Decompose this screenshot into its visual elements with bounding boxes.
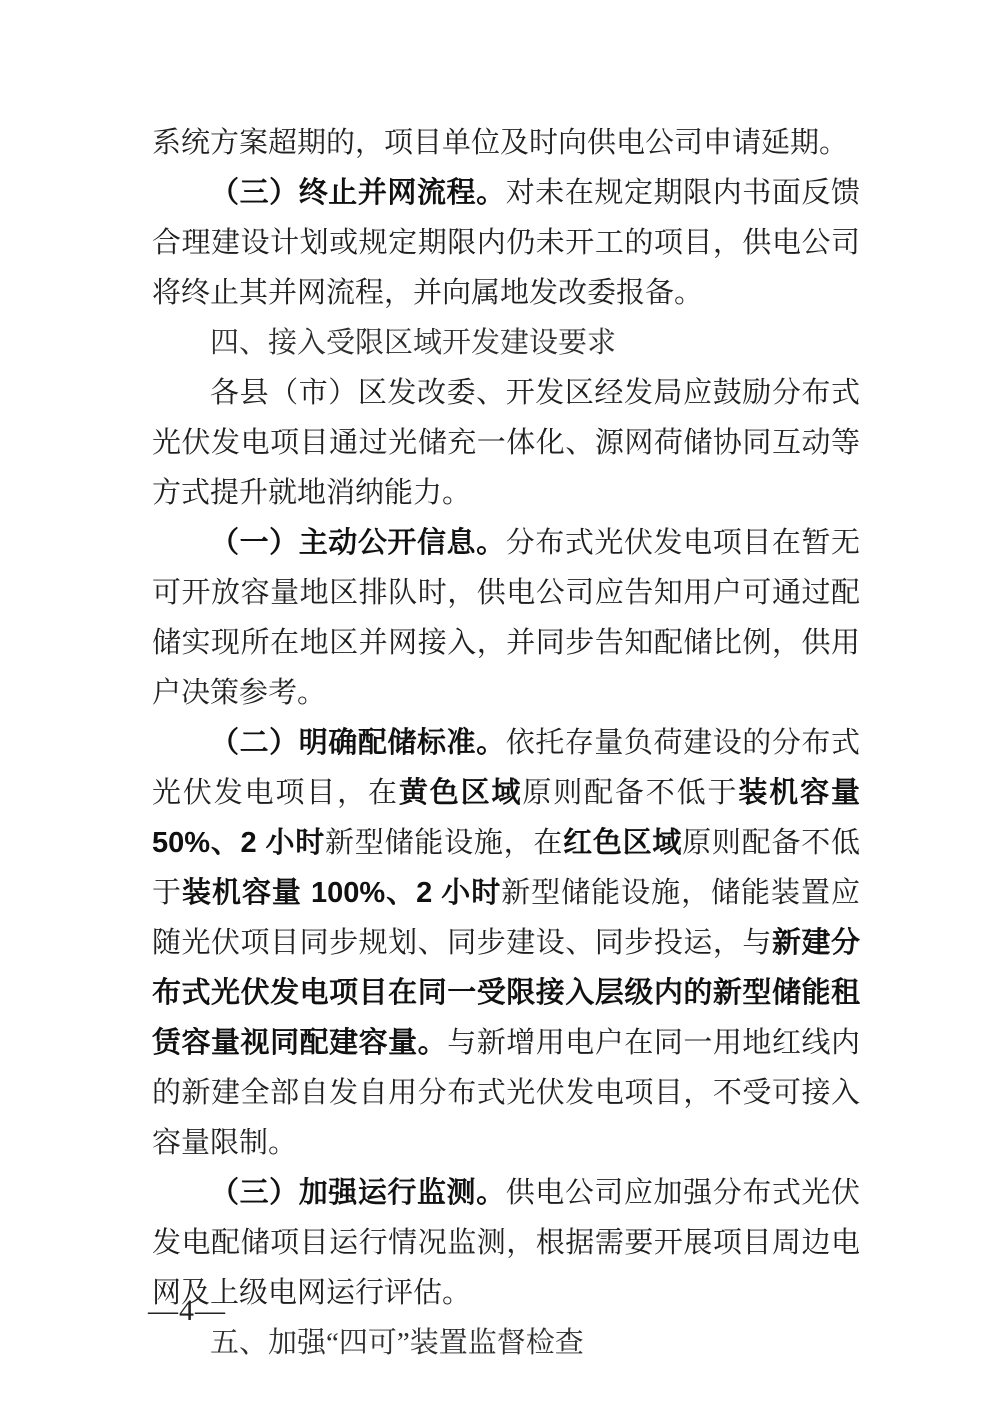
emphasized-text: （二）明确配储标准。 [210, 727, 506, 759]
document-page: 系统方案超期的，项目单位及时向供电公司申请延期。（三）终止并网流程。对未在规定期… [0, 0, 1000, 1414]
body-text: 各县（市）区发改委、开发区经发局应鼓励分布式光伏发电项目通过光储充一体化、源网荷… [152, 377, 860, 509]
section-heading: 四、接入受限区域开发建设要求 [152, 318, 860, 368]
emphasized-text: 红色区域 [563, 827, 682, 859]
body-text: 系统方案超期的，项目单位及时向供电公司申请延期。 [152, 127, 848, 159]
emphasized-text: 装机容量 100%、2 小时 [182, 877, 501, 909]
body-text: 五、加强“四可”装置监督检查 [210, 1327, 584, 1359]
body-text: 新型储能设施，在 [325, 827, 563, 859]
paragraph: 各县（市）区发改委、开发区经发局应鼓励分布式光伏发电项目通过光储充一体化、源网荷… [152, 368, 860, 518]
paragraph: （三）终止并网流程。对未在规定期限内书面反馈合理建设计划或规定期限内仍未开工的项… [152, 168, 860, 318]
body-text: 原则配备不低于 [522, 777, 738, 809]
emphasized-text: （三）加强运行监测。 [210, 1177, 506, 1209]
section-heading: 五、加强“四可”装置监督检查 [152, 1318, 860, 1368]
paragraph: （二）明确配储标准。依托存量负荷建设的分布式光伏发电项目，在黄色区域原则配备不低… [152, 718, 860, 1168]
paragraph: （一）主动公开信息。分布式光伏发电项目在暂无可开放容量地区排队时，供电公司应告知… [152, 518, 860, 718]
paragraph: （三）加强运行监测。供电公司应加强分布式光伏发电配储项目运行情况监测，根据需要开… [152, 1168, 860, 1318]
emphasized-text: 黄色区域 [399, 777, 522, 809]
page-number: —4— [148, 1294, 226, 1328]
emphasized-text: （三）终止并网流程。 [210, 177, 506, 209]
document-body: 系统方案超期的，项目单位及时向供电公司申请延期。（三）终止并网流程。对未在规定期… [152, 118, 860, 1368]
paragraph: 系统方案超期的，项目单位及时向供电公司申请延期。 [152, 118, 860, 168]
emphasized-text: （一）主动公开信息。 [210, 527, 506, 559]
body-text: 四、接入受限区域开发建设要求 [210, 327, 616, 359]
